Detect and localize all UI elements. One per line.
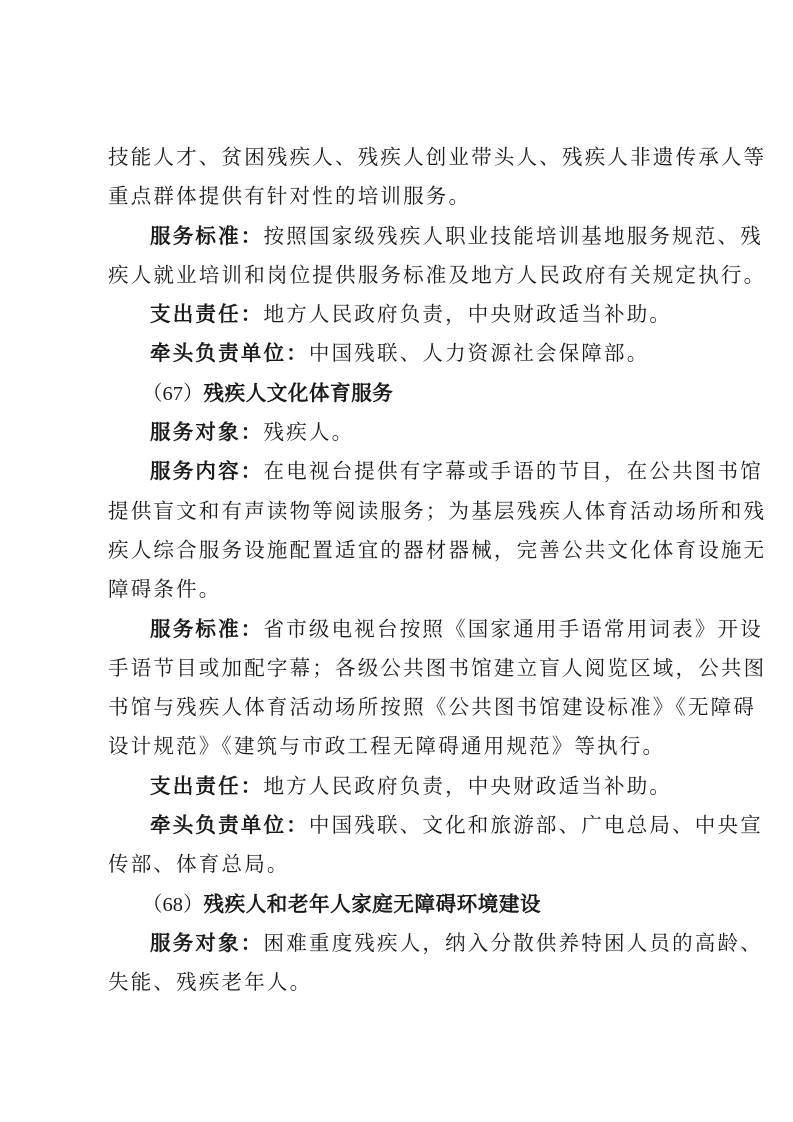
lead-unit-line: 牵头负责单位：中国残联、人力资源社会保障部。 xyxy=(108,334,690,373)
paragraph-line: 手语节目或加配字幕；各级公共图书馆建立盲人阅览区域，公共图 xyxy=(108,649,690,688)
paragraph-line: 技能人才、贫困残疾人、残疾人创业带头人、残疾人非遗传承人等 xyxy=(108,138,690,177)
service-target-line: 服务对象：困难重度残疾人，纳入分散供养特困人员的高龄、 xyxy=(108,924,690,963)
paragraph-line: 失能、残疾老年人。 xyxy=(108,963,690,1002)
paragraph-line: 传部、体育总局。 xyxy=(108,845,690,884)
field-label: 支出责任： xyxy=(150,774,264,798)
paragraph-line: 书馆与残疾人体育活动场所按照《公共图书馆建设标准》《无障碍 xyxy=(108,688,690,727)
document-page: 技能人才、贫困残疾人、残疾人创业带头人、残疾人非遗传承人等 重点群体提供有针对性… xyxy=(108,138,690,1003)
section-number: （67） xyxy=(142,383,204,405)
service-standard-line: 服务标准：省市级电视台按照《国家通用手语常用词表》开设 xyxy=(108,610,690,649)
field-label: 服务对象： xyxy=(150,420,264,444)
field-label: 牵头负责单位： xyxy=(150,813,309,837)
field-value: 省市级电视台按照《国家通用手语常用词表》开设 xyxy=(264,617,763,641)
field-label: 服务对象： xyxy=(150,931,264,955)
paragraph-line: 疾人综合服务设施配置适宜的器材器械，完善公共文化体育设施无 xyxy=(108,531,690,570)
field-value: 按照国家级残疾人职业技能培训基地服务规范、残 xyxy=(264,224,763,248)
section-number: （68） xyxy=(142,894,204,916)
section-title: 残疾人和老年人家庭无障碍环境建设 xyxy=(204,892,542,916)
field-value: 中国残联、人力资源社会保障部。 xyxy=(309,341,650,365)
field-value: 困难重度残疾人，纳入分散供养特困人员的高龄、 xyxy=(264,931,763,955)
field-value: 残疾人。 xyxy=(264,420,355,444)
field-label: 服务标准： xyxy=(150,617,264,641)
section-title: 残疾人文化体育服务 xyxy=(204,381,394,405)
section-heading-67: （67）残疾人文化体育服务 xyxy=(108,374,690,413)
service-target-line: 服务对象：残疾人。 xyxy=(108,413,690,452)
field-label: 服务内容： xyxy=(150,459,264,483)
paragraph-line: 疾人就业培训和岗位提供服务标准及地方人民政府有关规定执行。 xyxy=(108,256,690,295)
field-label: 服务标准： xyxy=(150,224,264,248)
service-standard-line: 服务标准：按照国家级残疾人职业技能培训基地服务规范、残 xyxy=(108,217,690,256)
field-value: 在电视台提供有字幕或手语的节目，在公共图书馆 xyxy=(264,459,763,483)
field-value: 地方人民政府负责，中央财政适当补助。 xyxy=(264,302,673,326)
expense-responsibility-line: 支出责任：地方人民政府负责，中央财政适当补助。 xyxy=(108,767,690,806)
service-content-line: 服务内容：在电视台提供有字幕或手语的节目，在公共图书馆 xyxy=(108,452,690,491)
paragraph-line: 提供盲文和有声读物等阅读服务；为基层残疾人体育活动场所和残 xyxy=(108,492,690,531)
paragraph-line: 重点群体提供有针对性的培训服务。 xyxy=(108,177,690,216)
section-heading-68: （68）残疾人和老年人家庭无障碍环境建设 xyxy=(108,885,690,924)
field-label: 牵头负责单位： xyxy=(150,341,309,365)
lead-unit-line: 牵头负责单位：中国残联、文化和旅游部、广电总局、中央宣 xyxy=(108,806,690,845)
paragraph-line: 设计规范》《建筑与市政工程无障碍通用规范》等执行。 xyxy=(108,727,690,766)
field-value: 地方人民政府负责，中央财政适当补助。 xyxy=(264,774,673,798)
field-value: 中国残联、文化和旅游部、广电总局、中央宣 xyxy=(309,813,763,837)
paragraph-line: 障碍条件。 xyxy=(108,570,690,609)
expense-responsibility-line: 支出责任：地方人民政府负责，中央财政适当补助。 xyxy=(108,295,690,334)
field-label: 支出责任： xyxy=(150,302,264,326)
